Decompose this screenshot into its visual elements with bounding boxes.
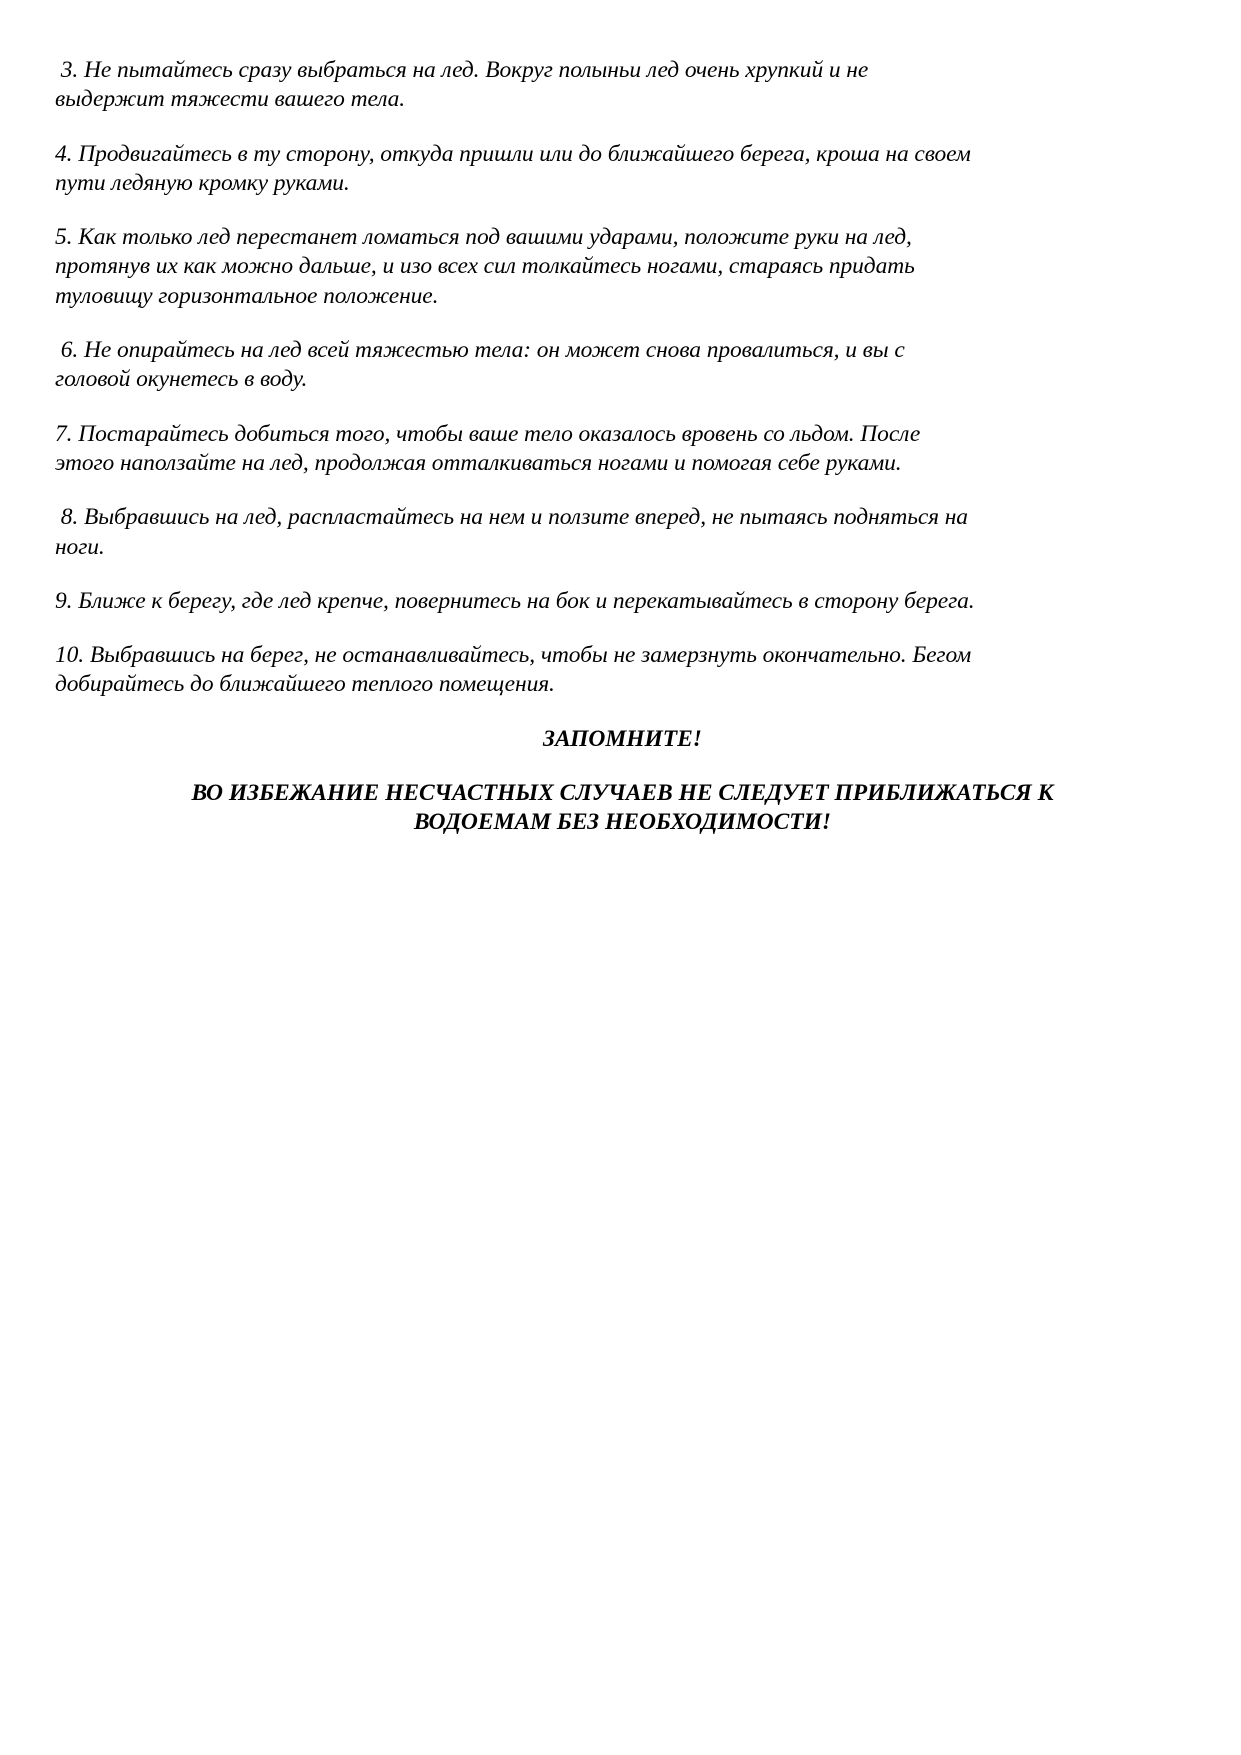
instruction-line: пути ледяную кромку руками. xyxy=(55,169,1190,198)
remember-heading: ЗАПОМНИТЕ! xyxy=(55,725,1190,754)
instruction-3: 3. Не пытайтесь сразу выбраться на лед. … xyxy=(55,56,1190,115)
instruction-line: туловищу горизонтальное положение. xyxy=(55,282,1190,311)
instruction-line: 3. Не пытайтесь сразу выбраться на лед. … xyxy=(55,56,1190,85)
instruction-9: 9. Ближе к берегу, где лед крепче, повер… xyxy=(55,587,1190,616)
instruction-line: головой окунетесь в воду. xyxy=(55,365,1190,394)
instruction-line: 6. Не опирайтесь на лед всей тяжестью те… xyxy=(55,336,1190,365)
warning-line: ВОДОЕМАМ БЕЗ НЕОБХОДИМОСТИ! xyxy=(55,808,1190,837)
instruction-line: выдержит тяжести вашего тела. xyxy=(55,85,1190,114)
instruction-line: этого наползайте на лед, продолжая оттал… xyxy=(55,449,1190,478)
instruction-line: 8. Выбравшись на лед, распластайтесь на … xyxy=(55,503,1190,532)
instruction-7: 7. Постарайтесь добиться того, чтобы ваш… xyxy=(55,420,1190,479)
instruction-line: 4. Продвигайтесь в ту сторону, откуда пр… xyxy=(55,140,1190,169)
instruction-line: 5. Как только лед перестанет ломаться по… xyxy=(55,223,1190,252)
instruction-line: 7. Постарайтесь добиться того, чтобы ваш… xyxy=(55,420,1190,449)
instruction-line: добирайтесь до ближайшего теплого помеще… xyxy=(55,670,1190,699)
warning-line: ВО ИЗБЕЖАНИЕ НЕСЧАСТНЫХ СЛУЧАЕВ НЕ СЛЕДУ… xyxy=(55,779,1190,808)
instruction-4: 4. Продвигайтесь в ту сторону, откуда пр… xyxy=(55,140,1190,199)
instruction-line: 9. Ближе к берегу, где лед крепче, повер… xyxy=(55,587,1190,616)
instruction-line: 10. Выбравшись на берег, не останавливай… xyxy=(55,641,1190,670)
instruction-10: 10. Выбравшись на берег, не останавливай… xyxy=(55,641,1190,700)
safety-warning: ВО ИЗБЕЖАНИЕ НЕСЧАСТНЫХ СЛУЧАЕВ НЕ СЛЕДУ… xyxy=(55,779,1190,838)
instruction-line: ноги. xyxy=(55,533,1190,562)
instruction-6: 6. Не опирайтесь на лед всей тяжестью те… xyxy=(55,336,1190,395)
instruction-line: протянув их как можно дальше, и изо всех… xyxy=(55,252,1190,281)
instruction-8: 8. Выбравшись на лед, распластайтесь на … xyxy=(55,503,1190,562)
document-page: 3. Не пытайтесь сразу выбраться на лед. … xyxy=(55,56,1190,838)
instruction-5: 5. Как только лед перестанет ломаться по… xyxy=(55,223,1190,311)
